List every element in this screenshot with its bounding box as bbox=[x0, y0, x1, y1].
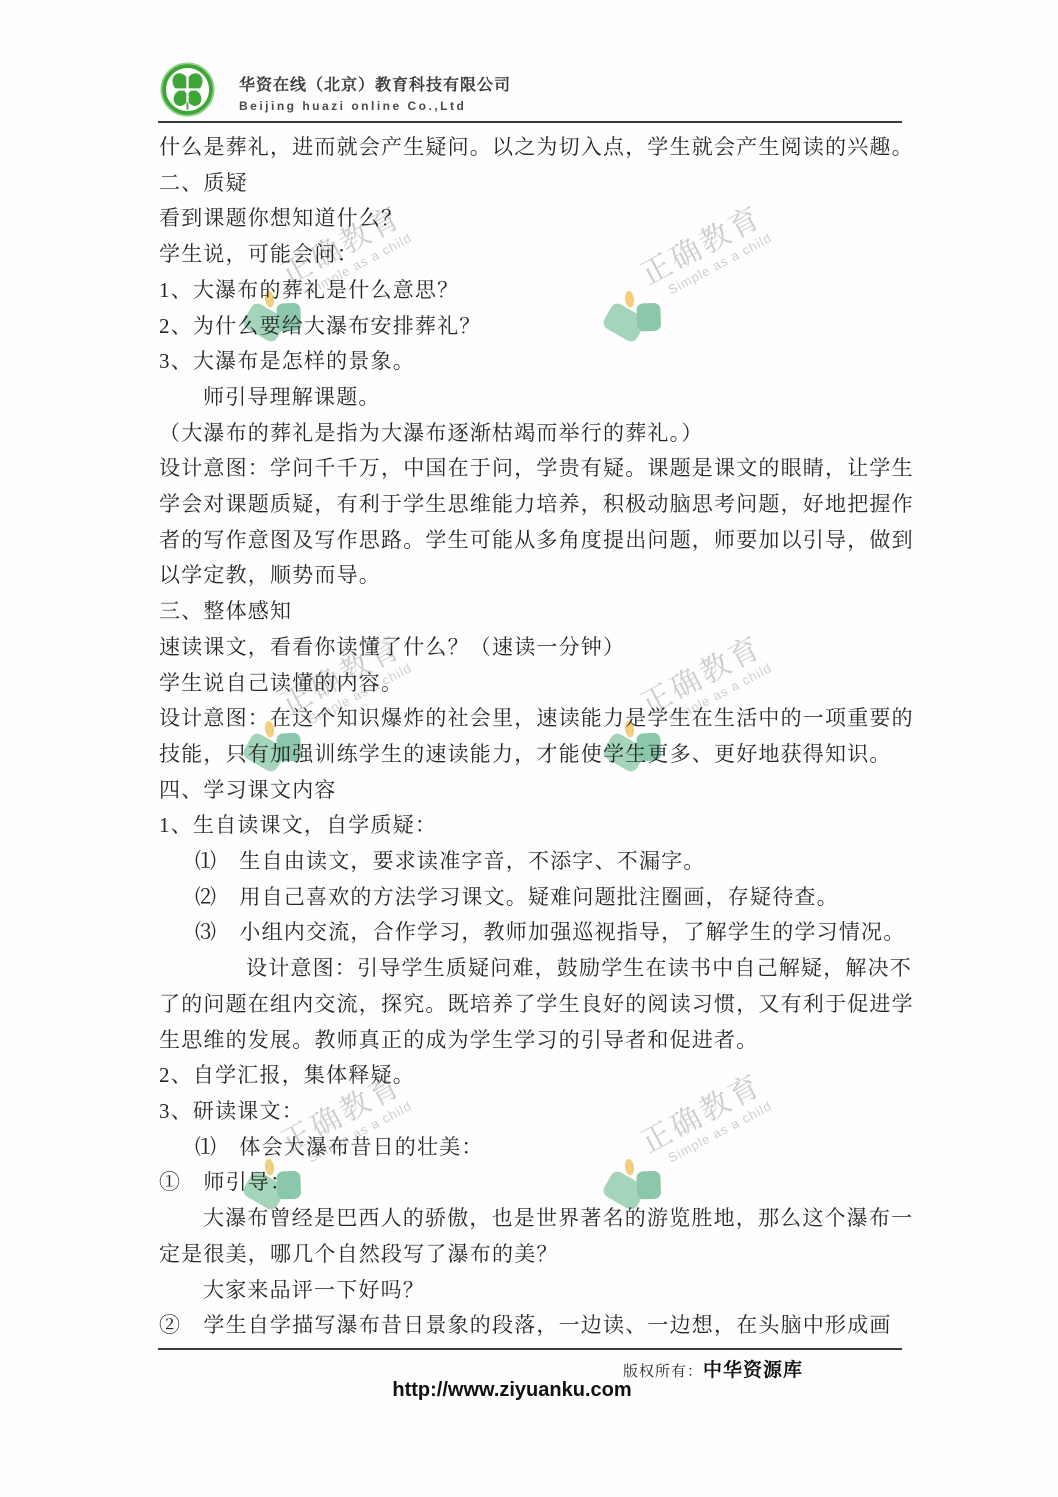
text-line: 学生说自己读懂的内容。 bbox=[159, 666, 907, 702]
text-line: 速读课文，看看你读懂了什么？（速读一分钟） bbox=[159, 630, 907, 666]
text-line: 设计意图：引导学生质疑问难，鼓励学生在读书中自己解疑，解决不 bbox=[159, 951, 907, 987]
text-line: 技能，只有加强训练学生的速读能力，才能使学生更多、更好地获得知识。 bbox=[159, 737, 907, 773]
copyright-label: 版权所有： bbox=[623, 1364, 703, 1380]
text-line: 什么是葬礼，进而就会产生疑问。以之为切入点，学生就会产生阅读的兴趣。 bbox=[159, 130, 907, 166]
document-body: 什么是葬礼，进而就会产生疑问。以之为切入点，学生就会产生阅读的兴趣。二、质疑看到… bbox=[159, 130, 907, 1344]
copyright-owner: 中华资源库 bbox=[703, 1360, 803, 1381]
text-line: 二、质疑 bbox=[159, 166, 907, 202]
text-line: ① 师引导： bbox=[159, 1165, 907, 1201]
footer-divider bbox=[158, 1348, 902, 1350]
text-line: 学生说，可能会问： bbox=[159, 237, 907, 273]
text-line: 学会对课题质疑，有利于学生思维能力培养，积极动脑思考问题，好地把握作 bbox=[159, 487, 907, 523]
document-page: 正确教育 Simple as a child 正确教育 Simple as a … bbox=[0, 0, 1058, 1497]
text-line: 者的写作意图及写作思路。学生可能从多角度提出问题，师要加以引导，做到 bbox=[159, 523, 907, 559]
text-line: 1、大瀑布的葬礼是什么意思？ bbox=[159, 273, 907, 309]
text-line: 1、生自读课文，自学质疑： bbox=[159, 808, 907, 844]
text-line: 定是很美，哪几个自然段写了瀑布的美？ bbox=[159, 1237, 907, 1273]
text-line: 3、研读课文： bbox=[159, 1094, 907, 1130]
text-line: 以学定教，顺势而导。 bbox=[159, 558, 907, 594]
company-logo-icon bbox=[160, 62, 215, 117]
text-line: （大瀑布的葬礼是指为大瀑布逐渐枯竭而举行的葬礼。） bbox=[159, 416, 907, 452]
company-name-en: Beijing huazi online Co.,Ltd bbox=[239, 99, 511, 113]
text-line: 2、为什么要给大瀑布安排葬礼？ bbox=[159, 309, 907, 345]
text-line: 四、学习课文内容 bbox=[159, 773, 907, 809]
text-line: 大瀑布曾经是巴西人的骄傲，也是世界著名的游览胜地，那么这个瀑布一 bbox=[159, 1201, 907, 1237]
copyright-line: 版权所有：中华资源库 bbox=[158, 1355, 803, 1382]
text-line: 3、大瀑布是怎样的景象。 bbox=[159, 344, 907, 380]
text-line: ② 学生自学描写瀑布昔日景象的段落，一边读、一边想，在头脑中形成画 bbox=[159, 1308, 907, 1344]
text-line: 2、自学汇报，集体释疑。 bbox=[159, 1058, 907, 1094]
text-line: 大家来品评一下好吗？ bbox=[159, 1273, 907, 1309]
text-line: ⑴ 体会大瀑布昔日的壮美： bbox=[159, 1130, 907, 1166]
text-line: ⑵ 用自己喜欢的方法学习课文。疑难问题批注圈画，存疑待查。 bbox=[159, 880, 907, 916]
header-divider bbox=[158, 121, 902, 123]
text-line: 师引导理解课题。 bbox=[159, 380, 907, 416]
text-line: 设计意图：学问千千万，中国在于问，学贵有疑。课题是课文的眼睛，让学生 bbox=[159, 451, 907, 487]
company-title-block: 华资在线（北京）教育科技有限公司 Beijing huazi online Co… bbox=[239, 72, 511, 113]
text-line: 设计意图：在这个知识爆炸的社会里，速读能力是学生在生活中的一项重要的 bbox=[159, 701, 907, 737]
company-name-zh: 华资在线（北京）教育科技有限公司 bbox=[239, 72, 511, 95]
text-line: 了的问题在组内交流，探究。既培养了学生良好的阅读习惯，又有利于促进学 bbox=[159, 987, 907, 1023]
text-line: 三、整体感知 bbox=[159, 594, 907, 630]
text-line: 生思维的发展。教师真正的成为学生学习的引导者和促进者。 bbox=[159, 1023, 907, 1059]
text-line: ⑶ 小组内交流，合作学习，教师加强巡视指导，了解学生的学习情况。 bbox=[159, 915, 907, 951]
text-line: 看到课题你想知道什么？ bbox=[159, 201, 907, 237]
site-url: http://www.ziyuanku.com bbox=[140, 1379, 884, 1402]
text-line: ⑴ 生自由读文，要求读准字音，不添字、不漏字。 bbox=[159, 844, 907, 880]
